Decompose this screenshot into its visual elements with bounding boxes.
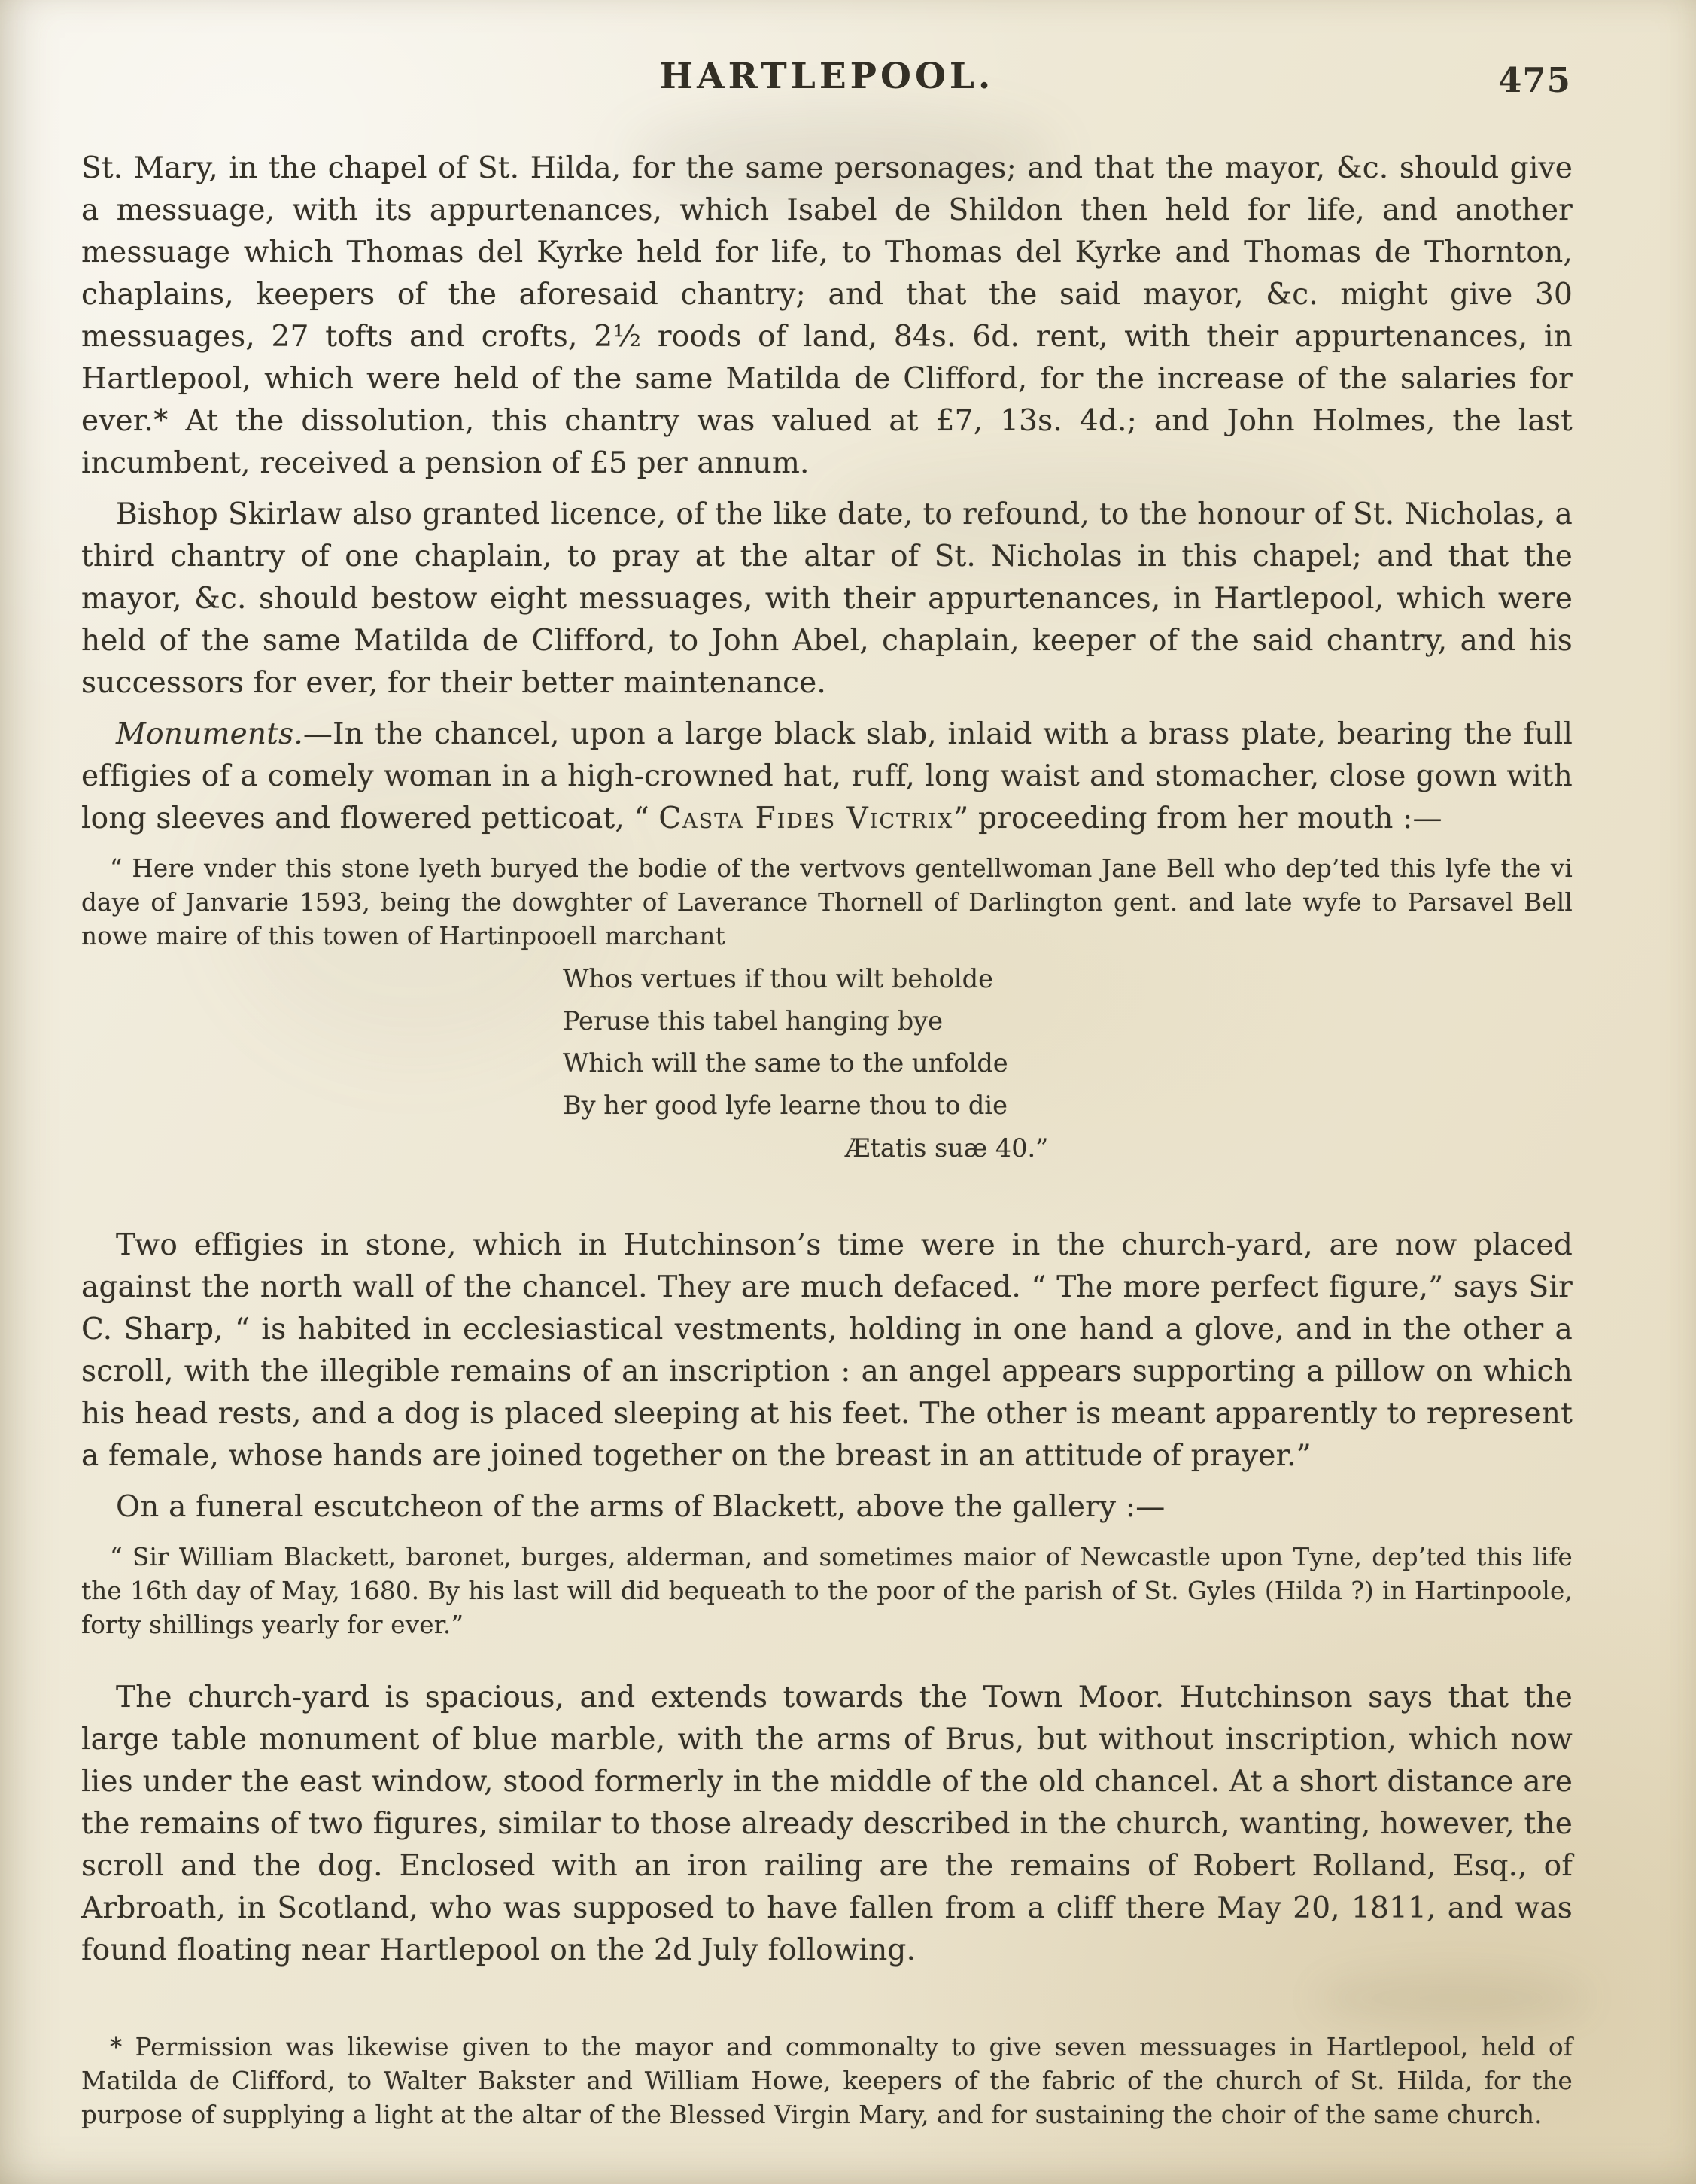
- footnote-permission: * Permission was likewise given to the m…: [81, 2030, 1573, 2132]
- verse-attribution: Ætatis suæ 40.”: [845, 1127, 1573, 1170]
- paragraph-bishop-skirlaw: Bishop Skirlaw also granted licence, of …: [81, 494, 1573, 704]
- book-page: HARTLEPOOL. 475 St. Mary, in the chapel …: [0, 0, 1696, 2184]
- verse-line: Which will the same to the unfolde: [563, 1042, 1573, 1084]
- inscription-blackett: “ Sir William Blackett, baronet, burges,…: [81, 1541, 1573, 1642]
- casta-fides-victrix-motto: Casta Fides Victrix: [658, 802, 953, 835]
- paragraph-church-yard: The church-yard is spacious, and extends…: [81, 1677, 1573, 1972]
- paragraph-two-effigies: Two effigies in stone, which in Hutchins…: [81, 1224, 1573, 1477]
- monuments-text-end: ” proceeding from her mouth :—: [953, 802, 1442, 835]
- verse-line: By her good lyfe learne thou to die: [563, 1084, 1573, 1127]
- monuments-lead-in: Monuments.: [116, 717, 303, 751]
- verse-line: Whos vertues if thou wilt beholde: [563, 958, 1573, 1000]
- paragraph-monuments: Monuments.—In the chancel, upon a large …: [81, 713, 1573, 840]
- blackett-epitaph: “ Sir William Blackett, baronet, burges,…: [81, 1541, 1573, 1642]
- paragraph-funeral-escutcheon: On a funeral escutcheon of the arms of B…: [81, 1486, 1573, 1528]
- verse-line: Peruse this tabel hanging bye: [563, 1000, 1573, 1042]
- paragraph-chantry-st-mary: St. Mary, in the chapel of St. Hilda, fo…: [81, 148, 1573, 485]
- jane-bell-epitaph: “ Here vnder this stone lyeth buryed the…: [81, 852, 1573, 954]
- inscription-jane-bell: “ Here vnder this stone lyeth buryed the…: [81, 852, 1573, 1170]
- jane-bell-verse: Whos vertues if thou wilt beholde Peruse…: [563, 958, 1573, 1127]
- page-header: HARTLEPOOL. 475: [81, 56, 1573, 108]
- page-number: 475: [1498, 60, 1571, 100]
- running-head-title: HARTLEPOOL.: [81, 56, 1573, 97]
- footnote-block: * Permission was likewise given to the m…: [81, 2030, 1573, 2132]
- page-body: HARTLEPOOL. 475 St. Mary, in the chapel …: [81, 56, 1573, 2132]
